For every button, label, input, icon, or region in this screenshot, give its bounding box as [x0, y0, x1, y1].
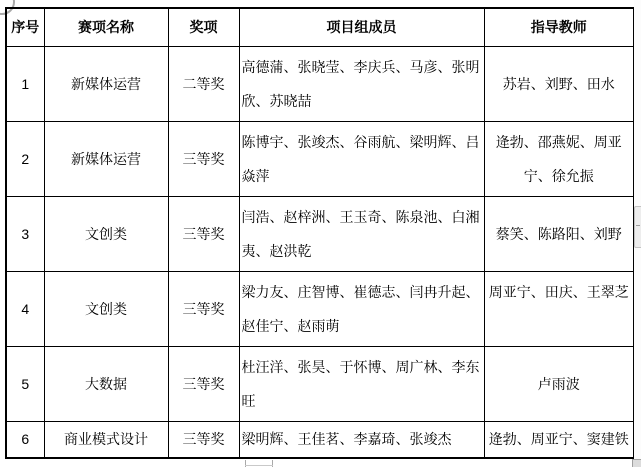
row-number-cell: 5: [6, 346, 44, 421]
row-number-cell: 1: [6, 46, 44, 121]
vertical-scrollbar-thumb[interactable]: [634, 206, 641, 248]
teachers-cell: 周亚宁、田庆、王翠芝: [484, 271, 634, 346]
teachers-cell: 苏岩、刘野、田水: [484, 46, 634, 121]
event-name-cell: 文创类: [44, 271, 168, 346]
event-name-cell: 商业模式设计: [44, 421, 168, 458]
members-cell: 高德蒲、张晓莹、李庆兵、马彦、张明欣、苏晓喆: [239, 46, 484, 121]
teachers-cell: 逄勃、周亚宁、窦建铁: [484, 421, 634, 458]
scrollbar-corner: [632, 459, 641, 467]
award-table: 序号 赛项名称 奖项 项目组成员 指导教师 1 新媒体运营 二等奖 高德蒲、张晓…: [5, 7, 635, 459]
table-row: 1 新媒体运营 二等奖 高德蒲、张晓莹、李庆兵、马彦、张明欣、苏晓喆 苏岩、刘野…: [6, 46, 634, 121]
row-number-cell: 3: [6, 196, 44, 271]
row-number-cell: 6: [6, 421, 44, 458]
award-cell: 三等奖: [168, 271, 239, 346]
award-cell: 二等奖: [168, 46, 239, 121]
event-name-cell: 大数据: [44, 346, 168, 421]
column-header-teachers: 指导教师: [484, 8, 634, 46]
award-cell: 三等奖: [168, 421, 239, 458]
event-name-cell: 新媒体运营: [44, 121, 168, 196]
column-header-members: 项目组成员: [239, 8, 484, 46]
document-page: 序号 赛项名称 奖项 项目组成员 指导教师 1 新媒体运营 二等奖 高德蒲、张晓…: [0, 0, 641, 467]
members-cell: 杜汪洋、张昊、于怀博、周广林、李东旺: [239, 346, 484, 421]
table-row: 5 大数据 三等奖 杜汪洋、张昊、于怀博、周广林、李东旺 卢雨波: [6, 346, 634, 421]
column-header-event: 赛项名称: [44, 8, 168, 46]
event-name-cell: 文创类: [44, 196, 168, 271]
table-row: 6 商业模式设计 三等奖 梁明辉、王佳茗、李嘉琦、张竣杰 逄勃、周亚宁、窦建铁: [6, 421, 634, 458]
teachers-cell: 蔡笑、陈路阳、刘野: [484, 196, 634, 271]
members-cell: 梁力友、庄智博、崔德志、闫冉升起、赵佳宁、赵雨萌: [239, 271, 484, 346]
table-row: 4 文创类 三等奖 梁力友、庄智博、崔德志、闫冉升起、赵佳宁、赵雨萌 周亚宁、田…: [6, 271, 634, 346]
row-number-cell: 4: [6, 271, 44, 346]
award-cell: 三等奖: [168, 121, 239, 196]
members-cell: 陈博宇、张竣杰、谷雨航、梁明辉、吕焱萍: [239, 121, 484, 196]
bottom-bar-artifact: [245, 465, 273, 466]
event-name-cell: 新媒体运营: [44, 46, 168, 121]
table-row: 2 新媒体运营 三等奖 陈博宇、张竣杰、谷雨航、梁明辉、吕焱萍 逄勃、邵燕妮、周…: [6, 121, 634, 196]
award-cell: 三等奖: [168, 196, 239, 271]
members-cell: 闫浩、赵梓洲、王玉奇、陈泉池、白湘夷、赵洪乾: [239, 196, 484, 271]
members-cell: 梁明辉、王佳茗、李嘉琦、张竣杰: [239, 421, 484, 458]
row-number-cell: 2: [6, 121, 44, 196]
teachers-cell: 卢雨波: [484, 346, 634, 421]
scrollbar-grip-icon: [636, 225, 640, 226]
header-row: 序号 赛项名称 奖项 项目组成员 指导教师: [6, 8, 634, 46]
table-row: 3 文创类 三等奖 闫浩、赵梓洲、王玉奇、陈泉池、白湘夷、赵洪乾 蔡笑、陈路阳、…: [6, 196, 634, 271]
teachers-cell: 逄勃、邵燕妮、周亚宁、徐允振: [484, 121, 634, 196]
award-cell: 三等奖: [168, 346, 239, 421]
column-header-no: 序号: [6, 8, 44, 46]
column-header-award: 奖项: [168, 8, 239, 46]
